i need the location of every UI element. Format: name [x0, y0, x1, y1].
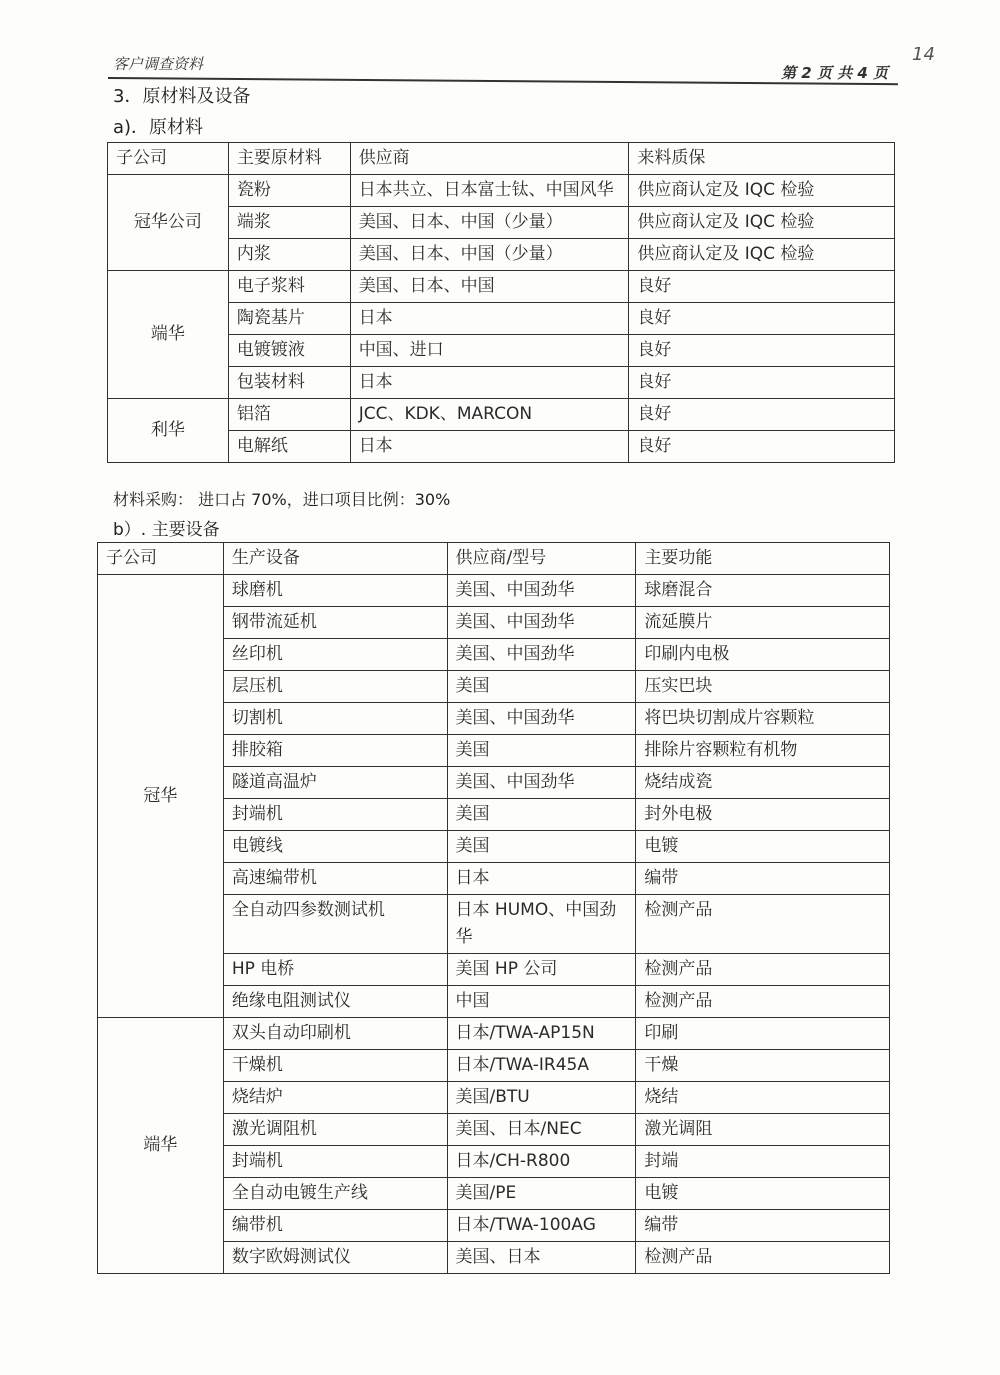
- equipment-cell: 电镀线: [223, 831, 447, 863]
- table-header-row: 子公司主要原材料供应商来料质保: [108, 143, 895, 175]
- supplier-cell: 美国/PE: [447, 1178, 636, 1210]
- handwritten-mark: 14: [912, 44, 935, 65]
- function-cell: 排除片容颗粒有机物: [636, 735, 890, 767]
- material-row: 端华电子浆料美国、日本、中国良好: [108, 271, 895, 303]
- section-title: 3．原材料及设备: [113, 82, 250, 108]
- function-cell: 编带: [636, 1210, 890, 1242]
- column-header: 子公司: [98, 543, 224, 575]
- subsidiary-cell: 端华: [98, 1018, 224, 1274]
- function-cell: 球磨混合: [636, 575, 890, 607]
- equipment-cell: 球磨机: [223, 575, 447, 607]
- function-cell: 电镀: [636, 1178, 890, 1210]
- column-header: 来料质保: [629, 143, 895, 175]
- function-cell: 检测产品: [636, 895, 890, 954]
- column-header: 供应商/型号: [447, 543, 636, 575]
- column-header: 主要原材料: [228, 143, 350, 175]
- raw-materials-title: a)．原材料: [113, 113, 203, 139]
- function-cell: 印刷内电极: [636, 639, 890, 671]
- equipment-cell: 层压机: [223, 671, 447, 703]
- material-cell: 电子浆料: [228, 271, 350, 303]
- equipment-cell: 全自动四参数测试机: [223, 895, 447, 954]
- supplier-cell: 日本/TWA-100AG: [447, 1210, 636, 1242]
- equipment-cell: 烧结炉: [223, 1082, 447, 1114]
- function-cell: 烧结成瓷: [636, 767, 890, 799]
- supplier-cell: 美国: [447, 671, 636, 703]
- supplier-cell: 日本: [350, 431, 629, 463]
- supplier-cell: 日本 HUMO、中国劲华: [447, 895, 636, 954]
- supplier-cell: 日本: [350, 303, 629, 335]
- supplier-cell: 美国、中国劲华: [447, 575, 636, 607]
- function-cell: 编带: [636, 863, 890, 895]
- supplier-cell: 美国、日本/NEC: [447, 1114, 636, 1146]
- function-cell: 检测产品: [636, 1242, 890, 1274]
- supplier-cell: 日本: [350, 367, 629, 399]
- equipment-cell: 数字欧姆测试仪: [223, 1242, 447, 1274]
- qa-cell: 供应商认定及 IQC 检验: [629, 239, 895, 271]
- equipment-cell: 丝印机: [223, 639, 447, 671]
- qa-cell: 供应商认定及 IQC 检验: [629, 207, 895, 239]
- procurement-note: 材料采购： 进口占 70%，进口项目比例：30%: [113, 487, 450, 510]
- equipment-cell: 封端机: [223, 1146, 447, 1178]
- qa-cell: 良好: [629, 271, 895, 303]
- supplier-cell: 美国、中国劲华: [447, 767, 636, 799]
- function-cell: 流延膜片: [636, 607, 890, 639]
- supplier-cell: 日本/TWA-AP15N: [447, 1018, 636, 1050]
- function-cell: 封外电极: [636, 799, 890, 831]
- function-cell: 检测产品: [636, 954, 890, 986]
- equipment-cell: HP 电桥: [223, 954, 447, 986]
- function-cell: 封端: [636, 1146, 890, 1178]
- equipment-cell: 编带机: [223, 1210, 447, 1242]
- qa-cell: 良好: [629, 335, 895, 367]
- column-header: 子公司: [108, 143, 229, 175]
- table-header-row: 子公司生产设备供应商/型号主要功能: [98, 543, 890, 575]
- subsidiary-cell: 冠华公司: [108, 175, 229, 271]
- equipment-title: b）. 主要设备: [113, 515, 220, 540]
- equipment-cell: 高速编带机: [223, 863, 447, 895]
- supplier-cell: 美国、中国劲华: [447, 607, 636, 639]
- function-cell: 检测产品: [636, 986, 890, 1018]
- subsidiary-cell: 端华: [108, 271, 229, 399]
- page-number: 第 2 页 共 4 页: [781, 62, 888, 83]
- supplier-cell: 美国、中国劲华: [447, 639, 636, 671]
- supplier-cell: 美国、日本、中国（少量）: [350, 207, 629, 239]
- function-cell: 激光调阻: [636, 1114, 890, 1146]
- qa-cell: 良好: [629, 367, 895, 399]
- material-cell: 包装材料: [228, 367, 350, 399]
- equipment-cell: 排胶箱: [223, 735, 447, 767]
- function-cell: 将巴块切割成片容颗粒: [636, 703, 890, 735]
- supplier-cell: JCC、KDK、MARCON: [350, 399, 629, 431]
- qa-cell: 供应商认定及 IQC 检验: [629, 175, 895, 207]
- material-cell: 铝箔: [228, 399, 350, 431]
- column-header: 生产设备: [223, 543, 447, 575]
- supplier-cell: 美国、日本、中国（少量）: [350, 239, 629, 271]
- equipment-cell: 切割机: [223, 703, 447, 735]
- doc-header-title: 客户调查资料: [113, 53, 203, 74]
- function-cell: 印刷: [636, 1018, 890, 1050]
- function-cell: 压实巴块: [636, 671, 890, 703]
- function-cell: 电镀: [636, 831, 890, 863]
- supplier-cell: 美国、日本: [447, 1242, 636, 1274]
- equipment-cell: 全自动电镀生产线: [223, 1178, 447, 1210]
- supplier-cell: 中国: [447, 986, 636, 1018]
- supplier-cell: 美国: [447, 831, 636, 863]
- material-row: 利华铝箔JCC、KDK、MARCON良好: [108, 399, 895, 431]
- supplier-cell: 美国 HP 公司: [447, 954, 636, 986]
- material-cell: 电解纸: [228, 431, 350, 463]
- equipment-cell: 隧道高温炉: [223, 767, 447, 799]
- supplier-cell: 美国、日本、中国: [350, 271, 629, 303]
- material-cell: 内浆: [228, 239, 350, 271]
- supplier-cell: 美国/BTU: [447, 1082, 636, 1114]
- equipment-cell: 双头自动印刷机: [223, 1018, 447, 1050]
- supplier-cell: 日本/CH-R800: [447, 1146, 636, 1178]
- supplier-cell: 中国、进口: [350, 335, 629, 367]
- supplier-cell: 日本/TWA-IR45A: [447, 1050, 636, 1082]
- qa-cell: 良好: [629, 399, 895, 431]
- material-cell: 瓷粉: [228, 175, 350, 207]
- subsidiary-cell: 利华: [108, 399, 229, 463]
- function-cell: 干燥: [636, 1050, 890, 1082]
- equipment-cell: 干燥机: [223, 1050, 447, 1082]
- material-row: 冠华公司瓷粉日本共立、日本富士钛、中国风华供应商认定及 IQC 检验: [108, 175, 895, 207]
- column-header: 供应商: [350, 143, 629, 175]
- qa-cell: 良好: [629, 431, 895, 463]
- equipment-cell: 激光调阻机: [223, 1114, 447, 1146]
- equipment-cell: 钢带流延机: [223, 607, 447, 639]
- equipment-row: 冠华球磨机美国、中国劲华球磨混合: [98, 575, 890, 607]
- equipment-table: 子公司生产设备供应商/型号主要功能冠华球磨机美国、中国劲华球磨混合钢带流延机美国…: [97, 542, 890, 1274]
- column-header: 主要功能: [636, 543, 890, 575]
- supplier-cell: 日本共立、日本富士钛、中国风华: [350, 175, 629, 207]
- material-cell: 陶瓷基片: [228, 303, 350, 335]
- supplier-cell: 美国: [447, 799, 636, 831]
- supplier-cell: 日本: [447, 863, 636, 895]
- supplier-cell: 美国、中国劲华: [447, 703, 636, 735]
- qa-cell: 良好: [629, 303, 895, 335]
- function-cell: 烧结: [636, 1082, 890, 1114]
- material-cell: 端浆: [228, 207, 350, 239]
- raw-materials-table: 子公司主要原材料供应商来料质保冠华公司瓷粉日本共立、日本富士钛、中国风华供应商认…: [107, 142, 895, 463]
- equipment-cell: 封端机: [223, 799, 447, 831]
- material-cell: 电镀镀液: [228, 335, 350, 367]
- subsidiary-cell: 冠华: [98, 575, 224, 1018]
- supplier-cell: 美国: [447, 735, 636, 767]
- equipment-cell: 绝缘电阻测试仪: [223, 986, 447, 1018]
- equipment-row: 端华双头自动印刷机日本/TWA-AP15N印刷: [98, 1018, 890, 1050]
